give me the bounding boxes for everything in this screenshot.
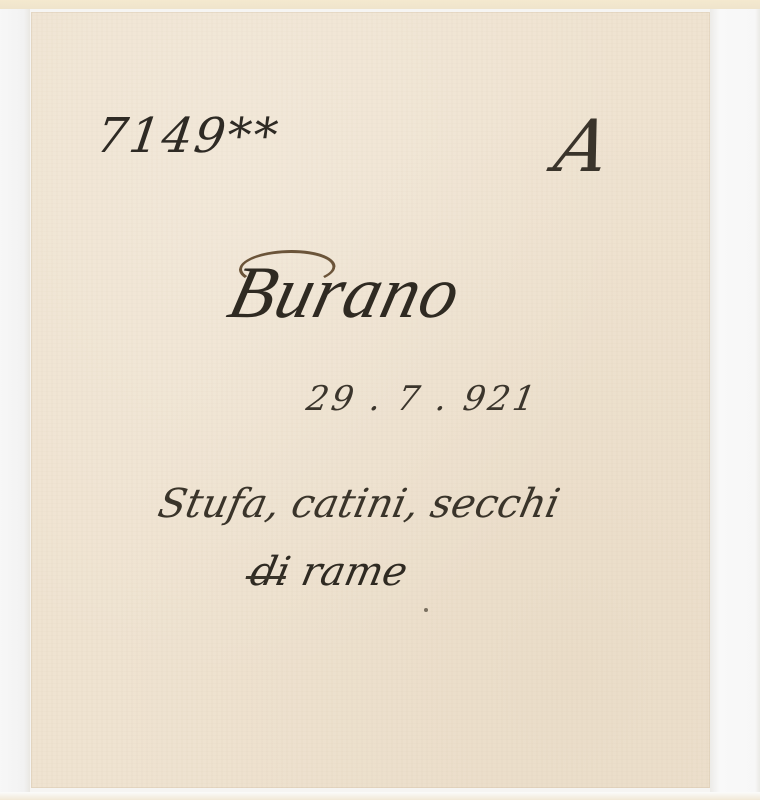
backing-paper-left xyxy=(0,9,30,792)
description-line-2: di rame xyxy=(247,552,411,592)
date: 29 . 7 . 921 xyxy=(304,382,541,416)
paper-speck xyxy=(424,608,428,612)
catalog-number: 7149** xyxy=(94,112,283,160)
place-name: Burano xyxy=(222,256,468,330)
description-line-1: Stufa, catini, secchi xyxy=(155,484,563,524)
scan-top-edge xyxy=(0,0,760,9)
index-card: 7149** A Burano 29 . 7 . 921 Stufa, cati… xyxy=(31,12,710,788)
section-letter: A xyxy=(549,110,616,182)
scan-bottom-edge xyxy=(0,792,760,800)
backing-paper-right xyxy=(710,9,760,792)
